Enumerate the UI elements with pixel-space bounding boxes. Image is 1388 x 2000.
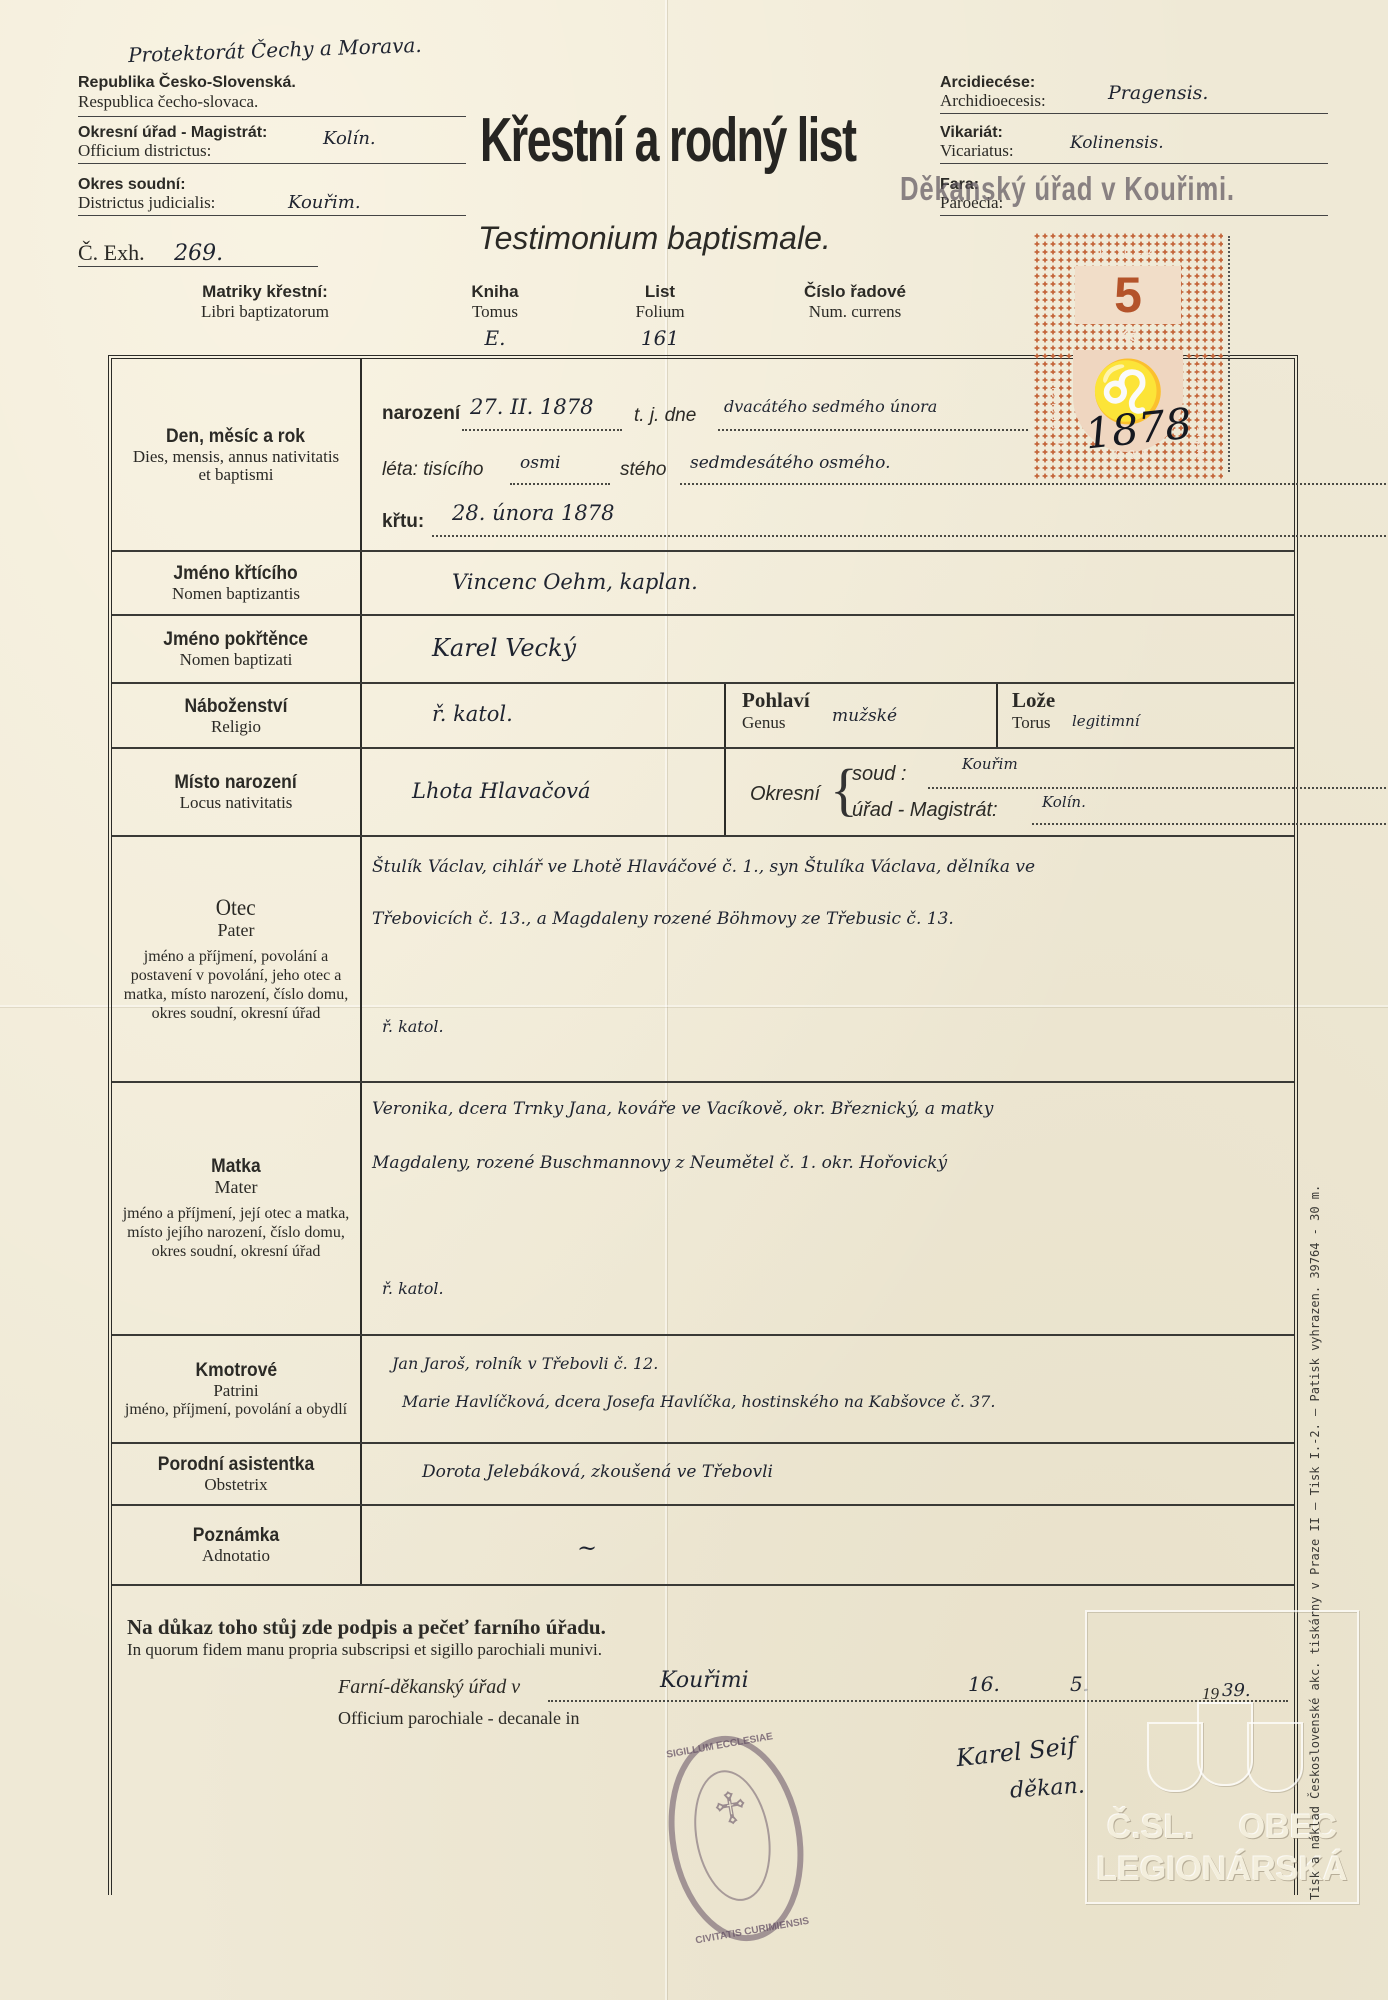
torus-label-la: Torus xyxy=(1012,713,1055,733)
religion-divider-1 xyxy=(724,684,726,747)
exh-field: Č. Exh. 269. xyxy=(78,240,318,267)
godparents-label-cz: Kmotrové xyxy=(195,1360,277,1382)
stamp-outline-dots xyxy=(1228,236,1230,472)
baptism-label: křtu: xyxy=(382,511,424,533)
okresni-label: Okresní xyxy=(750,783,820,806)
father-line-1: Štulík Václav, cihlář ve Lhotě Hlaváčové… xyxy=(372,857,1035,877)
religion-divider-2 xyxy=(996,684,998,747)
sex-value: mužské xyxy=(832,706,897,726)
godparents-label-la: Patrini xyxy=(213,1382,258,1400)
printer-note: Tisk a náklad Československé akc. tiskár… xyxy=(1308,1000,1338,1900)
registry-kniha: Kniha Tomus E. xyxy=(440,282,550,350)
note-value: ~ xyxy=(577,1534,597,1562)
row-note-label: Poznámka Adnotatio xyxy=(112,1506,362,1584)
closing-statement-la: In quorum fidem manu propria subscripsi … xyxy=(127,1640,602,1660)
midwife-label-cz: Porodní asistentka xyxy=(158,1454,314,1476)
row-father: Otec Pater jméno a příjmení, povolání a … xyxy=(112,837,1294,1083)
vicariate-value: Kolinensis. xyxy=(1070,134,1164,152)
saint-figure-icon: ♱ xyxy=(667,1771,795,1845)
archdiocese-value: Pragensis. xyxy=(1108,84,1208,102)
years-dotline xyxy=(510,483,610,485)
registry-matriky: Matriky křestní: Libri baptizatorum xyxy=(160,282,370,322)
century-value: sedmdesátého osmého. xyxy=(690,453,891,473)
note-label-la: Adnotatio xyxy=(202,1547,270,1565)
baptizer-value: Vincenc Oehm, kaplan. xyxy=(452,570,698,594)
religion-label-cz: Náboženství xyxy=(185,696,288,718)
godparents-line-1: Jan Jaroš, rolník v Třebovli č. 12. xyxy=(392,1354,658,1373)
row-birthplace-cell: Lhota Hlavačová Okresní { soud : Kouřim … xyxy=(362,749,1294,835)
century-dotline xyxy=(680,483,1388,485)
document-subtitle: Testimonium baptismale. xyxy=(478,220,831,257)
seal-bottom-text: CIVITATIS CURIMIENSIS xyxy=(692,1915,812,1947)
urad-dotline xyxy=(1032,823,1388,825)
torus-field: Lože Torus xyxy=(1012,688,1055,733)
birthplace-label-cz: Místo narození xyxy=(175,772,297,794)
row-baptizer-label: Jméno křtícího Nomen baptizantis xyxy=(112,552,362,614)
row-religion-cell: ř. katol. Pohlaví Genus mužské Lože Toru… xyxy=(362,684,1294,747)
matriky-label-la: Libri baptizatorum xyxy=(160,302,370,322)
row-godparents-cell: Jan Jaroš, rolník v Třebovli č. 12. Mari… xyxy=(362,1336,1294,1442)
torus-value: legitimní xyxy=(1072,712,1140,730)
father-religion: ř. katol. xyxy=(382,1017,444,1036)
judicial-district-value: Kouřim. xyxy=(288,194,361,212)
row-birthplace-label: Místo narození Locus nativitatis xyxy=(112,749,362,835)
republic-cz: Republika Česko-Slovenská. xyxy=(78,74,466,92)
kniha-label: Kniha xyxy=(440,282,550,302)
list-label-la: Folium xyxy=(610,302,710,322)
document-title: Křestní a rodný list xyxy=(480,105,856,176)
soud-dotline xyxy=(928,787,1388,789)
soud-label: soud : xyxy=(852,763,906,786)
birthplace-divider xyxy=(724,749,726,835)
birth-label: narození xyxy=(382,403,460,425)
birthplace-label-la: Locus nativitatis xyxy=(180,794,293,812)
baptism-value: 28. února 1878 xyxy=(452,501,614,525)
district-office-field: Okresní úřad - Magistrát: Officium distr… xyxy=(78,124,466,164)
baptism-dotline xyxy=(432,535,1388,537)
row-baptized-label: Jméno pokřtěnce Nomen baptizati xyxy=(112,616,362,682)
century-label: stého xyxy=(620,459,666,481)
cislo-label-la: Num. currens xyxy=(770,302,940,322)
religion-label-la: Religio xyxy=(211,718,261,736)
cislo-label: Číslo řadové xyxy=(770,282,940,302)
mother-religion: ř. katol. xyxy=(382,1279,444,1298)
date-day-value: 16. xyxy=(968,1672,1000,1696)
office-place-value: Kouřimi xyxy=(660,1668,749,1693)
row-religion: Náboženství Religio ř. katol. Pohlaví Ge… xyxy=(112,684,1294,749)
judicial-district-label-la: Districtus judicialis: xyxy=(78,194,466,212)
torus-label-cz: Lože xyxy=(1012,688,1055,713)
godparents-line-2: Marie Havlíčková, dcera Josefa Havlíčka,… xyxy=(402,1392,995,1411)
row-baptized: Jméno pokřtěnce Nomen baptizati Karel Ve… xyxy=(112,616,1294,684)
row-godparents-label: Kmotrové Patrini jméno, příjmení, povolá… xyxy=(112,1336,362,1442)
row-midwife: Porodní asistentka Obstetrix Dorota Jele… xyxy=(112,1444,1294,1506)
list-label: List xyxy=(610,282,710,302)
baptized-label-la: Nomen baptizati xyxy=(180,651,293,669)
urad-value: Kolín. xyxy=(1042,793,1086,811)
sex-label-cz: Pohlaví xyxy=(742,688,810,713)
stamp-value: 5 xyxy=(1045,266,1211,324)
row-father-label: Otec Pater jméno a příjmení, povolání a … xyxy=(112,837,362,1081)
father-line-2: Třebovicích č. 13., a Magdaleny rozené B… xyxy=(372,909,954,929)
godparents-description: jméno, příjmení, povolání a obydlí xyxy=(121,1400,351,1419)
date-label-la: Dies, mensis, annus nativitatis et bapti… xyxy=(112,448,360,484)
row-birthplace: Místo narození Locus nativitatis Lhota H… xyxy=(112,749,1294,837)
years-label: léta: tisícího xyxy=(382,459,483,481)
list-value: 161 xyxy=(610,326,710,350)
row-baptizer-cell: Vincenc Oehm, kaplan. xyxy=(362,552,1294,614)
row-father-cell: Štulík Václav, cihlář ve Lhotě Hlaváčové… xyxy=(362,837,1294,1081)
soud-value: Kouřim xyxy=(962,755,1018,773)
mother-description: jméno a příjmení, její otec a matka, mís… xyxy=(112,1204,360,1261)
kniha-value: E. xyxy=(440,326,550,350)
judicial-district-label: Okres soudní: xyxy=(78,176,466,194)
district-office-label: Okresní úřad - Magistrát: xyxy=(78,124,466,142)
father-label-la: Pater xyxy=(218,921,255,939)
emboss-shield-center-icon xyxy=(1197,1702,1253,1786)
urad-label: úřad - Magistrát: xyxy=(852,799,998,822)
birth-value: 27. II. 1878 xyxy=(470,395,593,419)
row-note: Poznámka Adnotatio ~ xyxy=(112,1506,1294,1586)
registry-cislo: Číslo řadové Num. currens xyxy=(770,282,940,322)
stamp-left-text: REPUBLIKA xyxy=(1051,364,1062,429)
exh-label: Č. Exh. xyxy=(78,240,145,265)
closing-statement-cz: Na důkaz toho stůj zde podpis a pečeť fa… xyxy=(127,1615,606,1640)
office-label-cz: Farní-děkanský úřad v xyxy=(338,1676,520,1699)
archdiocese-field: Arcidiecése: Archidioecesis: Pragensis. xyxy=(940,74,1328,114)
mother-line-2: Magdaleny, rozené Buschmannovy z Neuměte… xyxy=(372,1153,947,1173)
judicial-district-field: Okres soudní: Districtus judicialis: Kou… xyxy=(78,176,466,216)
office-rubber-stamp: Děkanský úřad v Kouřimi. xyxy=(900,170,1235,208)
mother-label-cz: Matka xyxy=(211,1156,261,1178)
midwife-label-la: Obstetrix xyxy=(204,1476,267,1494)
row-date-label: Den, měsíc a rok Dies, mensis, annus nat… xyxy=(112,359,362,550)
signature-title: děkan. xyxy=(1009,1773,1085,1803)
revenue-stamp-design: KOLEK 5 Kč ♌ REPUBLIKA ČESKOSLOVENSKÁ 5 … xyxy=(1045,244,1211,468)
sex-field: Pohlaví Genus xyxy=(742,688,810,733)
matriky-label: Matriky křestní: xyxy=(160,282,370,302)
emboss-shield-right-icon xyxy=(1247,1722,1303,1792)
row-religion-label: Náboženství Religio xyxy=(112,684,362,747)
mother-line-1: Veronika, dcera Trnky Jana, kováře ve Va… xyxy=(372,1099,993,1119)
religion-value: ř. katol. xyxy=(432,702,513,726)
stamp-kolek-text: KOLEK xyxy=(1045,246,1211,261)
baptizer-label-cz: Jméno křtícího xyxy=(174,563,298,585)
father-label-cz: Otec xyxy=(216,895,256,921)
row-mother-cell: Veronika, dcera Trnky Jana, kováře ve Va… xyxy=(362,1083,1294,1334)
day-label: t. j. dne xyxy=(634,405,696,427)
row-mother-label: Matka Mater jméno a příjmení, její otec … xyxy=(112,1083,362,1334)
row-midwife-label: Porodní asistentka Obstetrix xyxy=(112,1444,362,1504)
midwife-value: Dorota Jelebáková, zkoušená ve Třebovli xyxy=(422,1462,773,1482)
top-handwritten-note: Protektorát Čechy a Morava. xyxy=(128,33,422,67)
father-description: jméno a příjmení, povolání a postavení v… xyxy=(112,947,360,1023)
date-label-cz: Den, měsíc a rok xyxy=(167,426,306,448)
years-value: osmi xyxy=(520,453,561,473)
mother-label-la: Mater xyxy=(215,1178,258,1196)
baptized-value: Karel Vecký xyxy=(432,634,576,662)
birthplace-value: Lhota Hlavačová xyxy=(412,779,590,803)
kniha-label-la: Tomus xyxy=(440,302,550,322)
baptizer-label-la: Nomen baptizantis xyxy=(172,585,300,603)
stamp-currency: Kč xyxy=(1045,328,1211,346)
district-office-label-la: Officium districtus: xyxy=(78,142,466,160)
republic-la: Respublica čecho-slovaca. xyxy=(78,92,466,112)
row-baptized-cell: Karel Vecký xyxy=(362,616,1294,682)
republic-block: Republika Česko-Slovenská. Respublica če… xyxy=(78,74,466,117)
day-dotline xyxy=(718,429,1028,431)
row-mother: Matka Mater jméno a příjmení, její otec … xyxy=(112,1083,1294,1336)
district-office-value: Kolín. xyxy=(323,130,376,148)
exh-value: 269. xyxy=(174,241,223,266)
row-midwife-cell: Dorota Jelebáková, zkoušená ve Třebovli xyxy=(362,1444,1294,1504)
note-label-cz: Poznámka xyxy=(193,1525,279,1547)
row-godparents: Kmotrové Patrini jméno, příjmení, povolá… xyxy=(112,1336,1294,1444)
day-value: dvacátého sedmého února xyxy=(724,397,937,416)
vicariate-field: Vikariát: Vicariatus: Kolinensis. xyxy=(940,124,1328,164)
baptized-label-cz: Jméno pokřtěnce xyxy=(164,629,309,651)
row-note-cell: ~ xyxy=(362,1506,1294,1584)
sex-label-la: Genus xyxy=(742,713,810,733)
office-label-la: Officium parochiale - decanale in xyxy=(338,1708,580,1729)
row-baptizer: Jméno křtícího Nomen baptizantis Vincenc… xyxy=(112,552,1294,616)
emboss-shield-left-icon xyxy=(1147,1722,1203,1792)
birth-dotline xyxy=(462,429,622,431)
registry-list: List Folium 161 xyxy=(610,282,710,350)
